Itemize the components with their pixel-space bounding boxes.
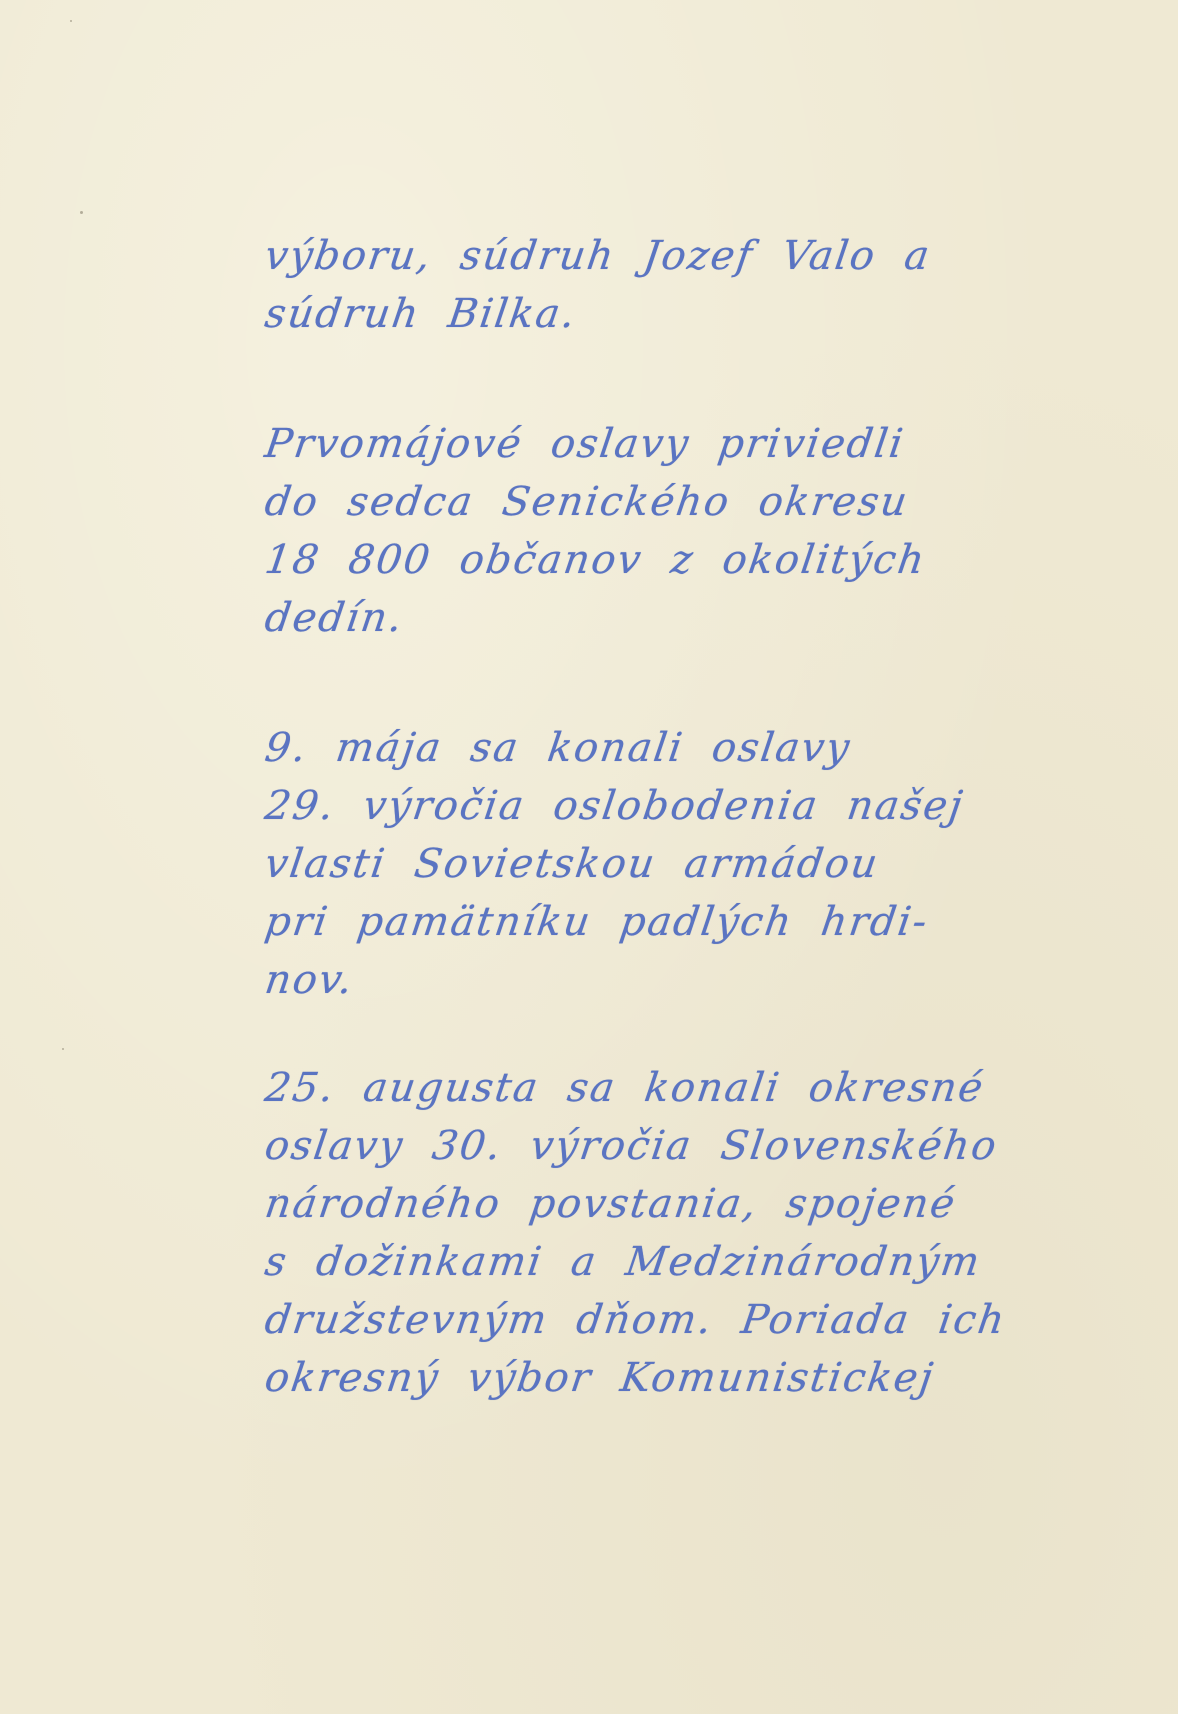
handwritten-line: 29. výročia oslobodenia našej — [262, 782, 967, 830]
handwritten-line: národného povstania, spojené — [262, 1180, 959, 1228]
handwritten-line: Prvomájové oslavy priviedli — [262, 420, 908, 468]
handwritten-line: vlasti Sovietskou armádou — [262, 840, 882, 888]
handwritten-line: nov. — [262, 956, 357, 1004]
handwritten-line: 25. augusta sa konali okresné — [262, 1064, 988, 1112]
handwritten-line: družstevným dňom. Poriada ich — [262, 1296, 1009, 1344]
paper-speck — [80, 211, 83, 214]
handwritten-line: oslavy 30. výročia Slovenského — [262, 1122, 1001, 1170]
handwritten-line: pri pamätníku padlých hrdi- — [262, 898, 932, 946]
paper-speck — [62, 1048, 64, 1050]
paper-speck — [278, 1194, 280, 1196]
handwritten-line: 18 800 občanov z okolitých — [262, 536, 929, 584]
handwritten-line: do sedca Senického okresu — [262, 478, 912, 526]
paper-speck — [70, 20, 72, 22]
handwritten-line: s dožinkami a Medzinárodným — [262, 1238, 984, 1286]
handwritten-line: 9. mája sa konali oslavy — [262, 724, 854, 772]
handwritten-line: dedín. — [262, 594, 407, 642]
document-page: výboru, súdruh Jozef Valo a súdruh Bilka… — [0, 0, 1178, 1714]
handwritten-line: súdruh Bilka. — [262, 290, 580, 338]
handwritten-line: okresný výbor Komunistickej — [262, 1354, 937, 1402]
handwritten-line: výboru, súdruh Jozef Valo a — [262, 232, 934, 280]
